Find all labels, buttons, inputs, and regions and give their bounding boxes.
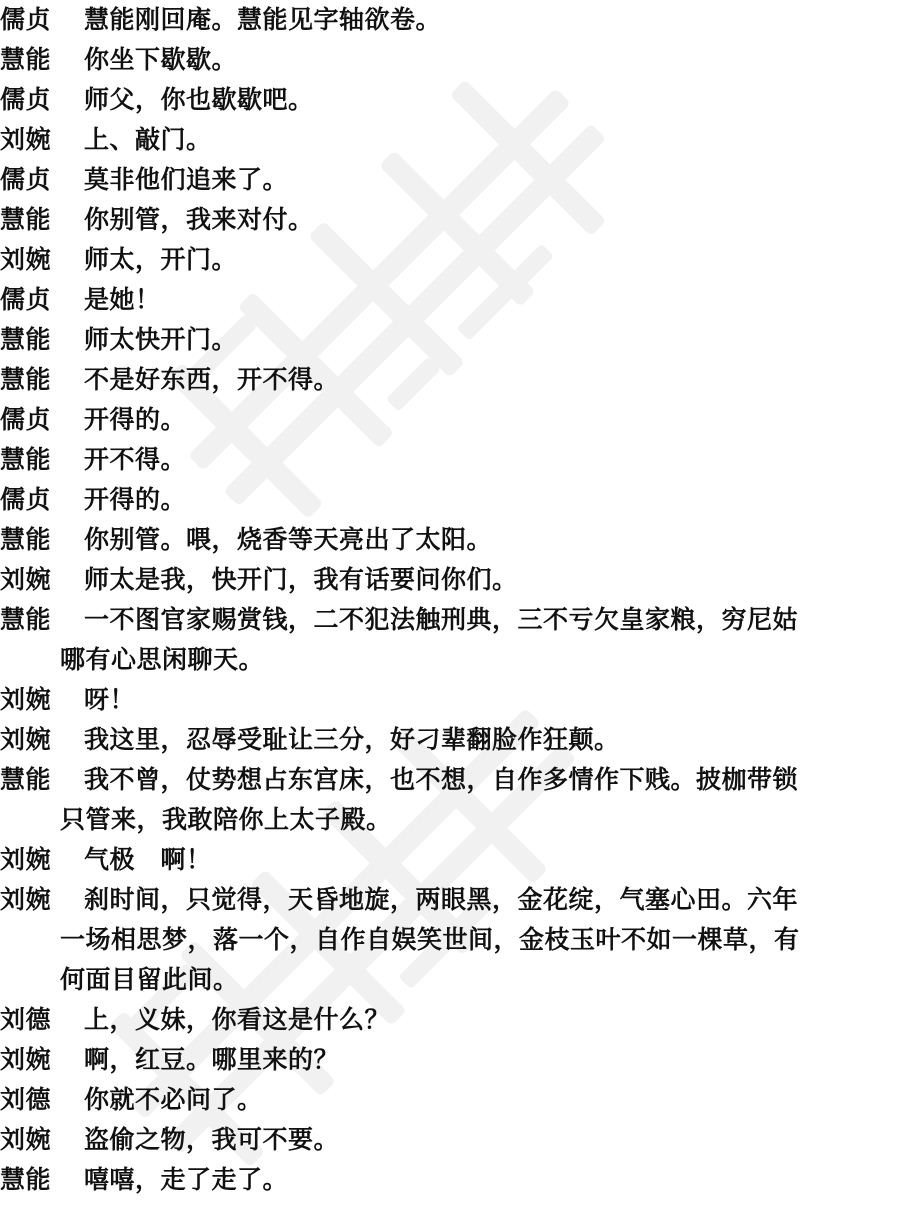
speaker-name: 儒贞 <box>0 280 84 320</box>
dialogue-line: 慧能师太快开门。 <box>0 320 900 360</box>
dialogue-text: 嘻嘻，走了走了。 <box>84 1165 288 1194</box>
dialogue-line: 儒贞慧能刚回庵。慧能见字轴欲卷。 <box>0 0 900 40</box>
dialogue-line: 慧能你坐下歇歇。 <box>0 40 900 80</box>
dialogue-text: 啊，红豆。哪里来的？ <box>84 1045 339 1074</box>
dialogue-text: 是她！ <box>84 285 161 314</box>
dialogue-line: 慧能我不曾，仗势想占东宫床，也不想，自作多情作下贱。披枷带锁 <box>0 760 900 800</box>
dialogue-text: 师太快开门。 <box>84 325 237 354</box>
speaker-name: 刘婉 <box>0 120 84 160</box>
speaker-name: 慧能 <box>0 440 84 480</box>
speaker-name: 慧能 <box>0 760 84 800</box>
speaker-name: 刘德 <box>0 1000 84 1040</box>
dialogue-text: 慧能刚回庵。慧能见字轴欲卷。 <box>84 5 441 34</box>
dialogue-text: 师父，你也歇歇吧。 <box>84 85 314 114</box>
dialogue-text: 开不得。 <box>84 445 186 474</box>
speaker-name: 刘婉 <box>0 840 84 880</box>
speaker-name: 慧能 <box>0 200 84 240</box>
speaker-name: 刘婉 <box>0 1040 84 1080</box>
dialogue-text: 师太，开门。 <box>84 245 237 274</box>
speaker-name: 刘婉 <box>0 680 84 720</box>
dialogue-line: 刘婉师太，开门。 <box>0 240 900 280</box>
dialogue-line: 刘婉上、敲门。 <box>0 120 900 160</box>
dialogue-line: 慧能一不图官家赐赏钱，二不犯法触刑典，三不亏欠皇家粮，穷尼姑 <box>0 600 900 640</box>
dialogue-text: 盗偷之物，我可不要。 <box>84 1125 339 1154</box>
dialogue-text: 莫非他们追来了。 <box>84 165 288 194</box>
dialogue-continuation: 只管来，我敢陪你上太子殿。 <box>0 800 900 840</box>
dialogue-text: 我这里，忍辱受耻让三分，好刁辈翻脸作狂颠。 <box>84 725 620 754</box>
dialogue-line: 儒贞莫非他们追来了。 <box>0 160 900 200</box>
dialogue-text: 开得的。 <box>84 485 186 514</box>
speaker-name: 刘婉 <box>0 880 84 920</box>
speaker-name: 儒贞 <box>0 400 84 440</box>
dialogue-line: 刘德你就不必问了。 <box>0 1080 900 1120</box>
dialogue-text: 刹时间，只觉得，天昏地旋，两眼黑，金花绽，气塞心田。六年 <box>84 885 798 914</box>
dialogue-continuation: 一场相思梦，落一个，自作自娱笑世间，金枝玉叶不如一棵草，有 <box>0 920 900 960</box>
dialogue-text: 我不曾，仗势想占东宫床，也不想，自作多情作下贱。披枷带锁 <box>84 765 798 794</box>
speaker-name: 慧能 <box>0 40 84 80</box>
dialogue-line: 刘婉呀！ <box>0 680 900 720</box>
script-body: 儒贞慧能刚回庵。慧能见字轴欲卷。 慧能你坐下歇歇。 儒贞师父，你也歇歇吧。 刘婉… <box>0 0 900 1200</box>
speaker-name: 慧能 <box>0 360 84 400</box>
dialogue-line: 刘婉啊，红豆。哪里来的？ <box>0 1040 900 1080</box>
dialogue-text: 开得的。 <box>84 405 186 434</box>
dialogue-line: 慧能嘻嘻，走了走了。 <box>0 1160 900 1200</box>
speaker-name: 慧能 <box>0 320 84 360</box>
dialogue-line: 刘婉我这里，忍辱受耻让三分，好刁辈翻脸作狂颠。 <box>0 720 900 760</box>
dialogue-line: 儒贞开得的。 <box>0 480 900 520</box>
dialogue-line: 刘婉气极 啊！ <box>0 840 900 880</box>
dialogue-text: 你坐下歇歇。 <box>84 45 237 74</box>
dialogue-text: 呀！ <box>84 685 135 714</box>
dialogue-text: 上、敲门。 <box>84 125 212 154</box>
speaker-name: 刘婉 <box>0 240 84 280</box>
speaker-name: 儒贞 <box>0 0 84 40</box>
dialogue-text: 不是好东西，开不得。 <box>84 365 339 394</box>
speaker-name: 儒贞 <box>0 480 84 520</box>
dialogue-line: 慧能你别管，我来对付。 <box>0 200 900 240</box>
dialogue-continuation: 哪有心思闲聊天。 <box>0 640 900 680</box>
speaker-name: 儒贞 <box>0 80 84 120</box>
dialogue-text: 你就不必问了。 <box>84 1085 263 1114</box>
dialogue-continuation: 何面目留此间。 <box>0 960 900 1000</box>
dialogue-text: 你别管。喂，烧香等天亮出了太阳。 <box>84 525 492 554</box>
speaker-name: 儒贞 <box>0 160 84 200</box>
speaker-name: 慧能 <box>0 1160 84 1200</box>
dialogue-text: 气极 啊！ <box>84 845 212 874</box>
speaker-name: 慧能 <box>0 600 84 640</box>
dialogue-line: 刘婉盗偷之物，我可不要。 <box>0 1120 900 1160</box>
dialogue-line: 慧能不是好东西，开不得。 <box>0 360 900 400</box>
dialogue-line: 慧能开不得。 <box>0 440 900 480</box>
dialogue-text: 上，义妹，你看这是什么？ <box>84 1005 390 1034</box>
dialogue-line: 儒贞是她！ <box>0 280 900 320</box>
dialogue-text: 你别管，我来对付。 <box>84 205 314 234</box>
dialogue-text: 一不图官家赐赏钱，二不犯法触刑典，三不亏欠皇家粮，穷尼姑 <box>84 605 798 634</box>
speaker-name: 刘婉 <box>0 720 84 760</box>
speaker-name: 刘婉 <box>0 1120 84 1160</box>
dialogue-line: 慧能你别管。喂，烧香等天亮出了太阳。 <box>0 520 900 560</box>
dialogue-line: 儒贞开得的。 <box>0 400 900 440</box>
dialogue-line: 儒贞师父，你也歇歇吧。 <box>0 80 900 120</box>
dialogue-line: 刘婉刹时间，只觉得，天昏地旋，两眼黑，金花绽，气塞心田。六年 <box>0 880 900 920</box>
dialogue-line: 刘德上，义妹，你看这是什么？ <box>0 1000 900 1040</box>
speaker-name: 刘德 <box>0 1080 84 1120</box>
speaker-name: 刘婉 <box>0 560 84 600</box>
dialogue-line: 刘婉师太是我，快开门，我有话要问你们。 <box>0 560 900 600</box>
speaker-name: 慧能 <box>0 520 84 560</box>
dialogue-text: 师太是我，快开门，我有话要问你们。 <box>84 565 518 594</box>
